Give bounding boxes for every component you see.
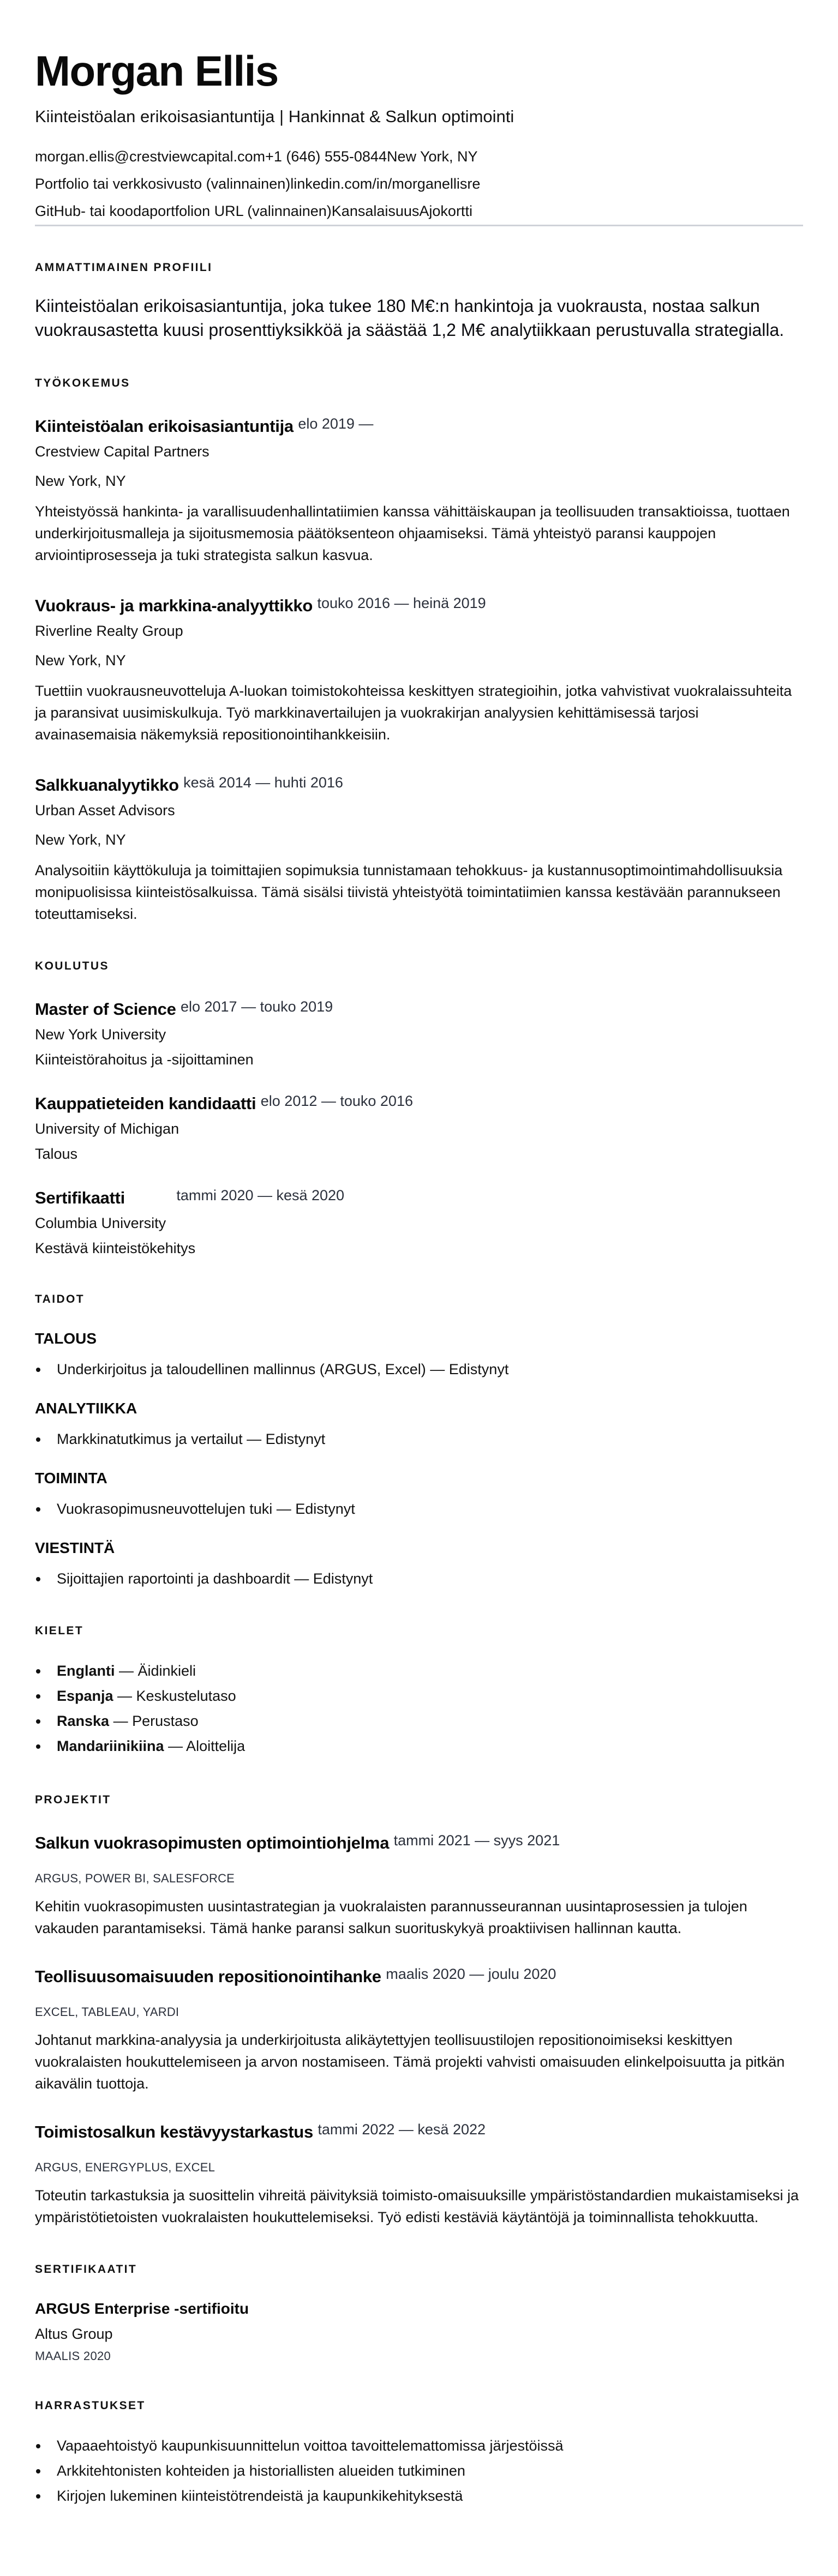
- degree-title: Master of Science: [35, 1000, 176, 1019]
- candidate-name: Morgan Ellis: [35, 46, 803, 96]
- section-projects: PROJEKTIT Salkun vuokrasopimusten optimo…: [35, 1792, 803, 2228]
- skill-item: Underkirjoitus ja taloudellinen mallinnu…: [35, 1358, 803, 1380]
- hobby-item: Vapaaehtoistyö kaupunkisuunnittelun voit…: [35, 2433, 803, 2458]
- contact-block: morgan.ellis@crestviewcapital.com+1 (646…: [35, 147, 803, 229]
- project-entry: Toimistosalkun kestävyystarkastus tammi …: [35, 2118, 803, 2228]
- project-tools: EXCEL, TABLEAU, YARDI: [35, 2004, 803, 2020]
- skill-item: Sijoittajien raportointi ja dashboardit …: [35, 1568, 803, 1590]
- education-entry: Kauppatieteiden kandidaatti elo 2012 — t…: [35, 1090, 803, 1164]
- language-item: Ranska — Perustaso: [35, 1708, 803, 1734]
- project-name: Toimistosalkun kestävyystarkastus: [35, 2122, 313, 2141]
- section-hobbies: HARRASTUKSET Vapaaehtoistyö kaupunkisuun…: [35, 2398, 803, 2508]
- section-title: SERTIFIKAATIT: [35, 2262, 803, 2277]
- project-tools: ARGUS, POWER BI, SALESFORCE: [35, 1870, 803, 1887]
- skill-item: Vuokrasopimusneuvottelujen tuki — Edisty…: [35, 1498, 803, 1520]
- project-entry: Teollisuusomaisuuden repositionointihank…: [35, 1963, 803, 2094]
- citizenship-text: Kansalaisuus: [332, 203, 420, 219]
- language-name: Mandariinikiina: [57, 1738, 164, 1754]
- job-title: Salkkuanalyytikko: [35, 775, 179, 795]
- language-name: Espanja: [57, 1688, 113, 1704]
- language-level: — Perustaso: [109, 1713, 199, 1729]
- language-level: — Äidinkieli: [115, 1663, 196, 1679]
- job-dates: kesä 2014 — huhti 2016: [183, 774, 343, 791]
- education-dates: tammi 2020 — kesä 2020: [176, 1187, 344, 1203]
- experience-entry: Vuokraus- ja markkina-analyyttikko touko…: [35, 592, 803, 745]
- section-languages: KIELET Englanti — Äidinkieli Espanja — K…: [35, 1623, 803, 1759]
- project-name: Teollisuusomaisuuden repositionointihank…: [35, 1967, 381, 1986]
- section-skills: TAIDOT TALOUS Underkirjoitus ja taloudel…: [35, 1292, 803, 1590]
- section-education: KOULUTUS Master of Science elo 2017 — to…: [35, 959, 803, 1258]
- school-name: University of Michigan: [35, 1119, 803, 1139]
- profile-summary: Kiinteistöalan erikoisasiantuntija, joka…: [35, 294, 810, 342]
- job-dates: touko 2016 — heinä 2019: [317, 595, 486, 611]
- phone-number[interactable]: +1 (646) 555-0844: [265, 148, 387, 165]
- language-item: Englanti — Äidinkieli: [35, 1658, 803, 1683]
- project-name: Salkun vuokrasopimusten optimointiohjelm…: [35, 1833, 389, 1852]
- skill-group: VIESTINTÄ Sijoittajien raportointi ja da…: [35, 1538, 803, 1590]
- language-name: Englanti: [57, 1663, 115, 1679]
- drivers-license-text: Ajokortti: [419, 203, 472, 219]
- project-dates: tammi 2022 — kesä 2022: [318, 2121, 486, 2138]
- job-description: Analysoitiin käyttökuluja ja toimittajie…: [35, 859, 804, 925]
- skill-group: TALOUS Underkirjoitus ja taloudellinen m…: [35, 1329, 803, 1380]
- education-dates: elo 2012 — touko 2016: [261, 1093, 413, 1109]
- certification-entry: ARGUS Enterprise -sertifioitu Altus Grou…: [35, 2299, 803, 2364]
- project-entry: Salkun vuokrasopimusten optimointiohjelm…: [35, 1829, 803, 1939]
- job-description: Yhteistyössä hankinta- ja varallisuudenh…: [35, 501, 804, 566]
- job-title: Vuokraus- ja markkina-analyyttikko: [35, 596, 313, 615]
- degree-title: Kauppatieteiden kandidaatti: [35, 1094, 256, 1113]
- field-of-study: Kiinteistörahoitus ja -sijoittaminen: [35, 1050, 803, 1069]
- project-tools: ARGUS, ENERGYPLUS, EXCEL: [35, 2159, 803, 2176]
- job-description: Tuettiin vuokrausneuvotteluja A-luokan t…: [35, 680, 804, 745]
- section-title: TAIDOT: [35, 1292, 803, 1307]
- portfolio-placeholder: Portfolio tai verkkosivusto (valinnainen…: [35, 176, 290, 192]
- section-profile: AMMATTIMAINEN PROFIILI Kiinteistöalan er…: [35, 260, 803, 342]
- language-name: Ranska: [57, 1713, 109, 1729]
- company-name: Crestview Capital Partners: [35, 442, 803, 461]
- experience-entry: Kiinteistöalan erikoisasiantuntija elo 2…: [35, 413, 803, 566]
- contact-line-links: Portfolio tai verkkosivusto (valinnainen…: [35, 174, 803, 202]
- education-entry: Sertifikaatti tammi 2020 — kesä 2020 Col…: [35, 1184, 803, 1258]
- school-name: Columbia University: [35, 1213, 803, 1233]
- header-divider: [35, 225, 803, 226]
- language-item: Mandariinikiina — Aloittelija: [35, 1734, 803, 1759]
- certification-date: MAALIS 2020: [35, 2348, 803, 2364]
- company-name: Urban Asset Advisors: [35, 801, 803, 820]
- candidate-tagline: Kiinteistöalan erikoisasiantuntija | Han…: [35, 106, 803, 128]
- linkedin-link[interactable]: linkedin.com/in/morganellisre: [290, 176, 480, 192]
- project-description: Toteutin tarkastuksia ja suosittelin vih…: [35, 2184, 804, 2228]
- skill-category: TOIMINTA: [35, 1468, 803, 1488]
- language-level: — Aloittelija: [164, 1738, 246, 1754]
- email-link[interactable]: morgan.ellis@crestviewcapital.com: [35, 148, 265, 165]
- skill-group: ANALYTIIKKA Markkinatutkimus ja vertailu…: [35, 1399, 803, 1450]
- skill-category: ANALYTIIKKA: [35, 1399, 803, 1418]
- certification-issuer: Altus Group: [35, 2324, 803, 2344]
- section-title: HARRASTUKSET: [35, 2398, 803, 2414]
- github-placeholder: GitHub- tai koodaportfolion URL (valinna…: [35, 203, 332, 219]
- location-text: New York, NY: [387, 148, 478, 165]
- section-title: KOULUTUS: [35, 959, 803, 974]
- project-description: Kehitin vuokrasopimusten uusintastrategi…: [35, 1895, 804, 1939]
- school-name: New York University: [35, 1025, 803, 1044]
- project-description: Johtanut markkina-analyysia ja underkirj…: [35, 2029, 804, 2094]
- section-experience: TYÖKOKEMUS Kiinteistöalan erikoisasiantu…: [35, 376, 803, 925]
- language-level: — Keskustelutaso: [113, 1688, 236, 1704]
- skill-group: TOIMINTA Vuokrasopimusneuvottelujen tuki…: [35, 1468, 803, 1520]
- skill-item: Markkinatutkimus ja vertailut — Edistyny…: [35, 1428, 803, 1450]
- hobby-item: Arkkitehtonisten kohteiden ja historiall…: [35, 2458, 803, 2483]
- job-location: New York, NY: [35, 471, 803, 491]
- certification-name: ARGUS Enterprise -sertifioitu: [35, 2299, 803, 2319]
- job-title: Kiinteistöalan erikoisasiantuntija: [35, 417, 294, 436]
- company-name: Riverline Realty Group: [35, 621, 803, 641]
- education-dates: elo 2017 — touko 2019: [181, 998, 333, 1015]
- project-dates: maalis 2020 — joulu 2020: [386, 1966, 556, 1982]
- project-dates: tammi 2021 — syys 2021: [394, 1832, 560, 1849]
- contact-line-primary: morgan.ellis@crestviewcapital.com+1 (646…: [35, 147, 803, 174]
- field-of-study: Talous: [35, 1144, 803, 1164]
- field-of-study: Kestävä kiinteistökehitys: [35, 1238, 803, 1258]
- section-certifications: SERTIFIKAATIT ARGUS Enterprise -sertifio…: [35, 2262, 803, 2364]
- skill-category: TALOUS: [35, 1329, 803, 1349]
- hobby-item: Kirjojen lukeminen kiinteistötrendeistä …: [35, 2483, 803, 2508]
- job-location: New York, NY: [35, 651, 803, 670]
- job-dates: elo 2019 —: [298, 416, 373, 432]
- section-title: AMMATTIMAINEN PROFIILI: [35, 260, 803, 275]
- section-title: KIELET: [35, 1623, 803, 1639]
- experience-entry: Salkkuanalyytikko kesä 2014 — huhti 2016…: [35, 772, 803, 925]
- job-location: New York, NY: [35, 830, 803, 850]
- section-title: PROJEKTIT: [35, 1792, 803, 1808]
- resume-header: Morgan Ellis Kiinteistöalan erikoisasian…: [35, 46, 803, 226]
- resume-page: Morgan Ellis Kiinteistöalan erikoisasian…: [0, 0, 838, 2508]
- section-title: TYÖKOKEMUS: [35, 376, 803, 391]
- skill-category: VIESTINTÄ: [35, 1538, 803, 1558]
- degree-title: Sertifikaatti: [35, 1188, 125, 1207]
- language-item: Espanja — Keskustelutaso: [35, 1683, 803, 1708]
- education-entry: Master of Science elo 2017 — touko 2019 …: [35, 996, 803, 1069]
